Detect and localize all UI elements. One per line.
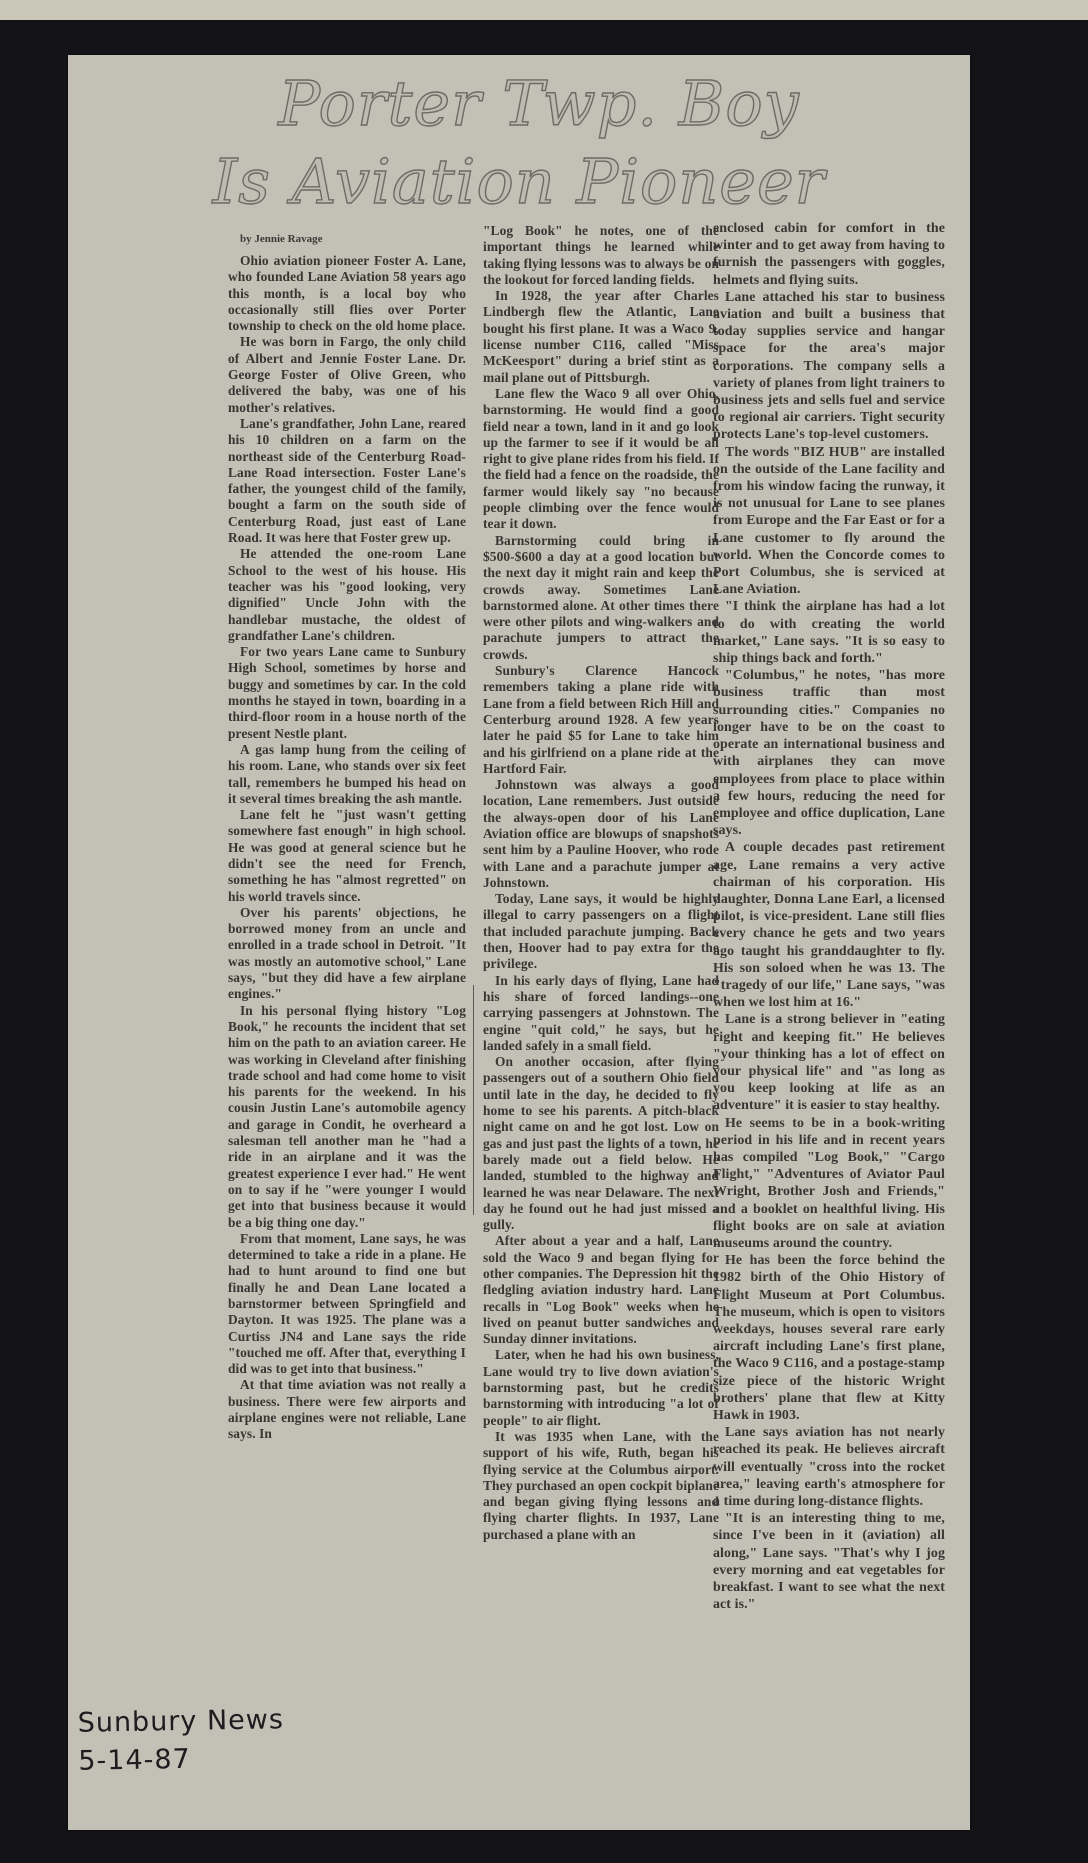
article-paragraph: Lane says aviation has not nearly reache… bbox=[713, 1424, 945, 1510]
newspaper-clipping: Porter Twp. Boy Is Aviation Pioneer by J… bbox=[68, 55, 970, 1830]
article-paragraph: Later, when he had his own business, Lan… bbox=[483, 1347, 719, 1428]
handwritten-source: Sunbury News bbox=[77, 1701, 284, 1743]
article-paragraph: Lane attached his star to business aviat… bbox=[713, 289, 945, 444]
article-paragraph: He attended the one-room Lane School to … bbox=[228, 546, 466, 644]
article-column-1: Ohio aviation pioneer Foster A. Lane, wh… bbox=[228, 253, 466, 1443]
article-paragraph: It was 1935 when Lane, with the support … bbox=[483, 1429, 719, 1543]
article-paragraph: Lane flew the Waco 9 all over Ohio, barn… bbox=[483, 386, 719, 533]
article-paragraph: Ohio aviation pioneer Foster A. Lane, wh… bbox=[228, 253, 466, 334]
article-paragraph: The words "BIZ HUB" are installed on the… bbox=[713, 444, 945, 599]
article-paragraph: Lane is a strong believer in "eating rig… bbox=[713, 1011, 945, 1114]
article-paragraph: "It is an interesting thing to me, since… bbox=[713, 1510, 945, 1613]
article-paragraph: He has been the force behind the 1982 bi… bbox=[713, 1252, 945, 1424]
headline: Porter Twp. Boy Is Aviation Pioneer bbox=[68, 65, 970, 221]
headline-line-1: Porter Twp. Boy bbox=[108, 65, 970, 143]
article-paragraph: Today, Lane says, it would be highly ill… bbox=[483, 891, 719, 972]
article-paragraph: In his early days of flying, Lane had hi… bbox=[483, 973, 719, 1054]
article-paragraph: In 1928, the year after Charles Lindberg… bbox=[483, 288, 719, 386]
column-rule bbox=[473, 985, 474, 1215]
headline-line-2: Is Aviation Pioneer bbox=[68, 143, 970, 221]
article-paragraph: Over his parents' objections, he borrowe… bbox=[228, 905, 466, 1003]
article-paragraph: After about a year and a half, Lane sold… bbox=[483, 1233, 719, 1347]
article-paragraph: From that moment, Lane says, he was dete… bbox=[228, 1231, 466, 1378]
article-paragraph: In his personal flying history "Log Book… bbox=[228, 1003, 466, 1231]
article-paragraph: On another occasion, after flying passen… bbox=[483, 1054, 719, 1233]
handwritten-date: 5-14-87 bbox=[78, 1739, 285, 1781]
handwritten-source-note: Sunbury News 5-14-87 bbox=[77, 1701, 285, 1781]
article-paragraph: He seems to be in a book-writing period … bbox=[713, 1115, 945, 1253]
article-paragraph: enclosed cabin for comfort in the winter… bbox=[713, 220, 945, 289]
article-paragraph: Johnstown was always a good location, La… bbox=[483, 777, 719, 891]
article-paragraph: "I think the airplane has had a lot to d… bbox=[713, 598, 945, 667]
article-paragraph: At that time aviation was not really a b… bbox=[228, 1377, 466, 1442]
article-paragraph: "Log Book" he notes, one of the importan… bbox=[483, 223, 719, 288]
article-paragraph: "Columbus," he notes, "has more business… bbox=[713, 667, 945, 839]
byline: by Jennie Ravage bbox=[240, 233, 323, 245]
article-paragraph: Sunbury's Clarence Hancock remembers tak… bbox=[483, 663, 719, 777]
article-paragraph: Lane's grandfather, John Lane, reared hi… bbox=[228, 416, 466, 546]
article-column-2: "Log Book" he notes, one of the importan… bbox=[483, 223, 719, 1543]
article-paragraph: Lane felt he "just wasn't getting somewh… bbox=[228, 807, 466, 905]
article-paragraph: A gas lamp hung from the ceiling of his … bbox=[228, 742, 466, 807]
article-paragraph: Barnstorming could bring in $500-$600 a … bbox=[483, 533, 719, 663]
article-paragraph: A couple decades past retirement age, La… bbox=[713, 839, 945, 1011]
article-paragraph: For two years Lane came to Sunbury High … bbox=[228, 644, 466, 742]
article-column-3: enclosed cabin for comfort in the winter… bbox=[713, 220, 945, 1613]
article-paragraph: He was born in Fargo, the only child of … bbox=[228, 334, 466, 415]
